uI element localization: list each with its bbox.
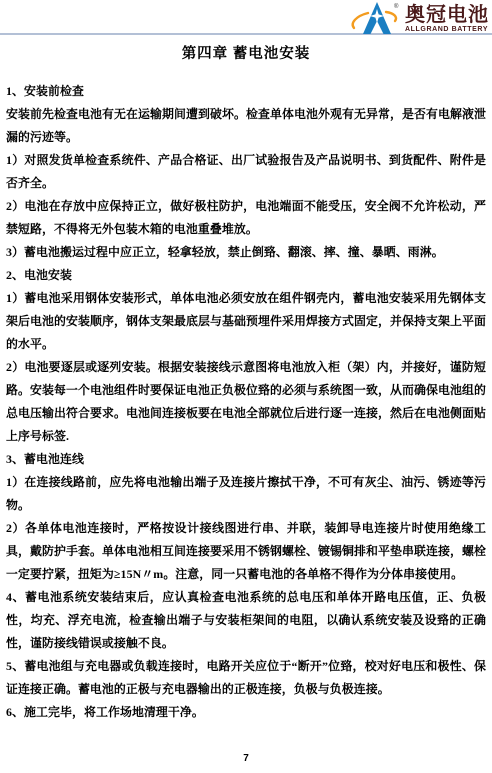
- paragraph: 2）各单体电池连接时，严格按设计接线图进行串、并联，装卸导电连接片时使用绝缘工具…: [6, 517, 486, 586]
- section-heading-3: 3、蓄电池连线: [6, 448, 486, 471]
- section-heading-1: 1、安装前检查: [6, 80, 486, 103]
- paragraph: 6、施工完毕，将工作场地清理干净。: [6, 701, 486, 724]
- paragraph: 安装前先检查电池有无在运输期间遭到破坏。检查单体电池外观有无异常，是否有电解液泄…: [6, 103, 486, 149]
- registered-symbol: ®: [394, 3, 399, 10]
- page-number: 7: [0, 753, 492, 765]
- paragraph: 2）电池在存放中应保持正立，做好极柱防护，电池端面不能受压，安全阀不允许松动，严…: [6, 195, 486, 241]
- allgrand-sail-logo-icon: ®: [348, 1, 404, 37]
- logo-name-en: ALLGRAND BATTERY: [405, 26, 488, 34]
- logo-text-block: 奥冠电池 ALLGRAND BATTERY: [405, 4, 489, 34]
- chapter-title: 第四章 蓄电池安装: [6, 44, 486, 64]
- paragraph: 4、蓄电池系统安装结束后，应认真检查电池系统的总电压和单体开路电压值，正、负极性…: [6, 586, 486, 655]
- paragraph: 1）在连接线路前，应先将电池输出端子及连接片擦拭干净，不可有灰尘、油污、锈迹等污…: [6, 471, 486, 517]
- paragraph: 5、蓄电池组与充电器或负载连接时，电路开关应位于“断开”位臵，校对好电压和极性、…: [6, 655, 486, 701]
- section-heading-2: 2、电池安装: [6, 264, 486, 287]
- paragraph: 1）对照发货单检查系统件、产品合格证、出厂试验报告及产品说明书、到货配件、附件是…: [6, 149, 486, 195]
- document-page: ® 奥冠电池 ALLGRAND BATTERY 第四章 蓄电池安装 1、安装前检…: [0, 0, 492, 773]
- document-body: 第四章 蓄电池安装 1、安装前检查 安装前先检查电池有无在运输期间遭到破坏。检查…: [6, 44, 486, 724]
- company-logo: ® 奥冠电池 ALLGRAND BATTERY: [348, 1, 489, 37]
- paragraph: 1）蓄电池采用钢体安装形式，单体电池必须安放在组件钢壳内，蓄电池安装采用先钢体支…: [6, 287, 486, 356]
- logo-name-cn: 奥冠电池: [405, 4, 489, 26]
- paragraph: 2）电池要逐层或逐列安装。根据安装接线示意图将电池放入柜（架）内，并接好，谨防短…: [6, 356, 486, 448]
- paragraph: 3）蓄电池搬运过程中应正立，轻拿轻放，禁止倒臵、翻滚、摔、撞、暴晒、雨淋。: [6, 241, 486, 264]
